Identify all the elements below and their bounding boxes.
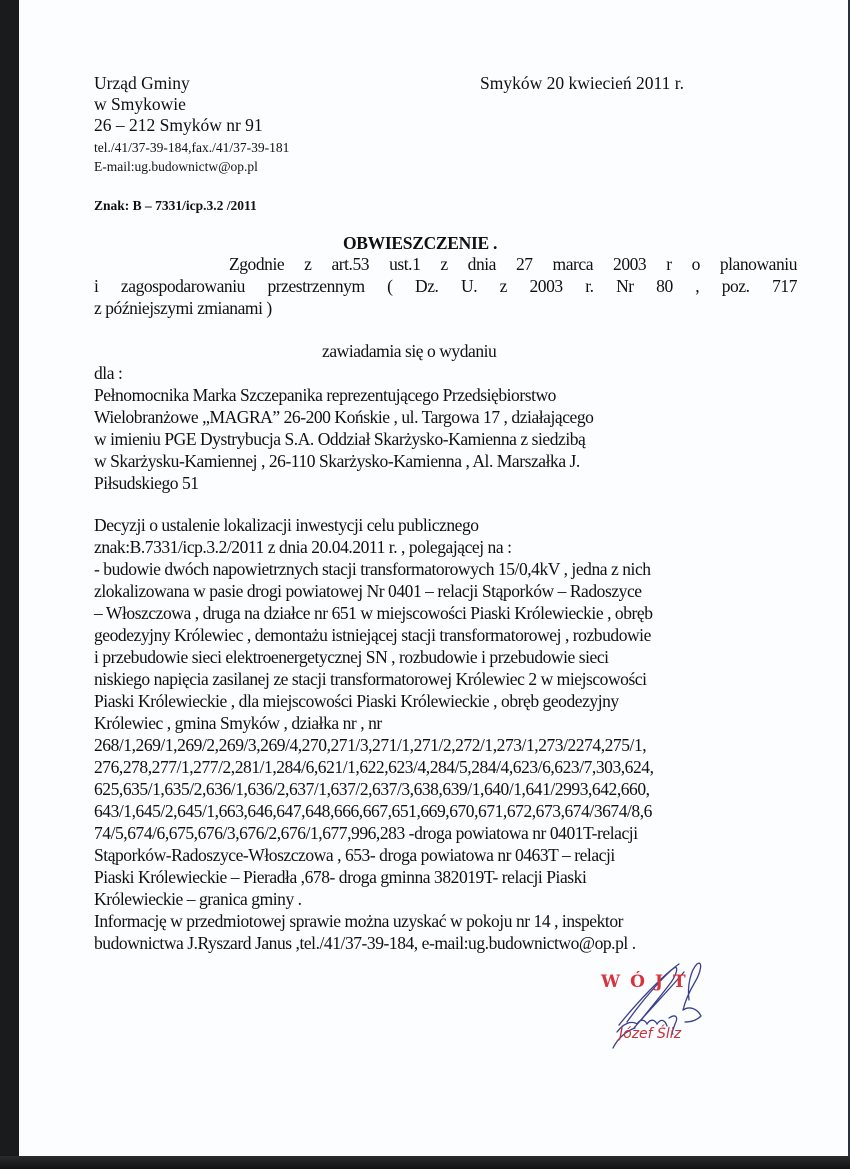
- decision-line: niskiego napięcia zasilanej ze stacji tr…: [94, 669, 647, 690]
- document-title: OBWIESZCZENIE .: [343, 233, 497, 254]
- decision-line: Stąporków-Radoszyce-Włoszczowa , 653- dr…: [94, 845, 615, 866]
- notice-line: zawiadamia się o wydaniu: [322, 341, 496, 362]
- decision-line: – Włoszczowa , druga na działce nr 651 w…: [94, 603, 653, 624]
- decision-line: - budowie dwóch napowietrznych stacji tr…: [94, 559, 651, 580]
- decision-line: i przebudowie sieci elektroenergetycznej…: [94, 647, 609, 668]
- intro-line-1: Zgodnie z art.53 ust.1 z dnia 27 marca 2…: [229, 254, 797, 275]
- decision-line: znak:B.7331/icp.3.2/2011 z dnia 20.04.20…: [94, 537, 512, 558]
- intro-line-2: i zagospodarowaniu przestrzennym ( Dz. U…: [94, 276, 797, 297]
- parcel-list-line: 643/1,645/2,645/1,663,646,647,648,666,66…: [94, 801, 652, 822]
- handwritten-signature-icon: [579, 950, 759, 1060]
- decision-line: zlokalizowana w pasie drogi powiatowej N…: [94, 581, 642, 602]
- office-address: 26 – 212 Smyków nr 91: [94, 115, 263, 136]
- signature-stamp: WÓJT Józef Śliz: [579, 950, 759, 1060]
- scanner-border-left: [0, 0, 19, 1169]
- place-date: Smyków 20 kwiecień 2011 r.: [480, 73, 684, 94]
- parcel-list-line: 276,278,277/1,277/2,281/1,284/6,621/1,62…: [94, 757, 654, 778]
- recipient-line: Piłsudskiego 51: [94, 473, 199, 494]
- decision-line: 74/5,674/6,675,676/3,676/2,676/1,677,996…: [94, 823, 638, 844]
- office-phone-fax: tel./41/37-39-184,fax./41/37-39-181: [94, 137, 289, 158]
- recipient-line: w imieniu PGE Dystrybucja S.A. Oddział S…: [94, 429, 585, 450]
- document-page: Urząd Gminy w Smykowie 26 – 212 Smyków n…: [19, 0, 848, 1156]
- stamp-title: WÓJT: [601, 972, 696, 992]
- recipient-line: Pełnomocnika Marka Szczepanika reprezent…: [94, 385, 556, 406]
- recipient-line: Wielobranżowe „MAGRA” 26-200 Końskie , u…: [94, 407, 593, 428]
- reference-number: Znak: B – 7331/icp.3.2 /2011: [94, 195, 257, 216]
- office-location: w Smykowie: [94, 94, 186, 115]
- decision-line: Królewiec , gmina Smyków , działka nr , …: [94, 713, 382, 734]
- recipient-label: dla :: [94, 363, 122, 384]
- recipient-line: w Skarżysku-Kamiennej , 26-110 Skarżysko…: [94, 451, 580, 472]
- parcel-list-line: 268/1,269/1,269/2,269/3,269/4,270,271/3,…: [94, 735, 646, 756]
- scanner-border-bottom: [0, 1156, 850, 1169]
- decision-line: Piaski Królewieckie – Pieradła ,678- dro…: [94, 867, 586, 888]
- decision-line: geodezyjny Królewiec , demontażu istniej…: [94, 625, 651, 646]
- stamp-name: Józef Śliz: [619, 1026, 681, 1042]
- office-email: E-mail:ug.budownictw@op.pl: [94, 156, 258, 177]
- info-line: Informację w przedmiotowej sprawie można…: [94, 911, 623, 932]
- office-name: Urząd Gminy: [94, 73, 190, 94]
- intro-line-3: z późniejszymi zmianami ): [94, 298, 272, 319]
- decision-line: Królewieckie – granica gminy .: [94, 889, 302, 910]
- info-line: budownictwa J.Ryszard Janus ,tel./41/37-…: [94, 933, 636, 954]
- parcel-list-line: 625,635/1,635/2,636/1,636/2,637/1,637/2,…: [94, 779, 650, 800]
- decision-line: Decyzji o ustalenie lokalizacji inwestyc…: [94, 515, 479, 536]
- decision-line: Piaski Królewieckie , dla miejscowości P…: [94, 691, 619, 712]
